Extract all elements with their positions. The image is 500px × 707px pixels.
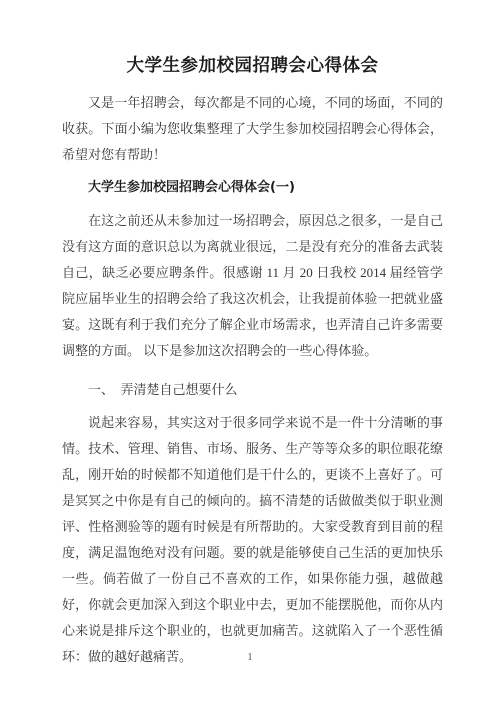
document-body: 大学生参加校园招聘会心得体会 又是一年招聘会，每次都是不同的心境，不同的场面，不… xyxy=(62,53,443,677)
intro-paragraph: 又是一年招聘会，每次都是不同的心境，不同的场面，不同的收获。下面小编为您收集整理… xyxy=(62,90,443,168)
page-number: 1 xyxy=(0,651,500,665)
numbered-subheading: 一、 弄清楚自己想要什么 xyxy=(62,377,443,403)
section-paragraph-1: 在这之前还从未参加过一场招聘会，原因总之很多，一是自己没有这方面的意识总以为离就… xyxy=(62,208,443,364)
section-paragraph-2: 说起来容易，其实这对于很多同学来说不是一件十分清晰的事情。技术、管理、销售、市场… xyxy=(62,410,443,670)
document-title: 大学生参加校园招聘会心得体会 xyxy=(62,53,443,79)
section-heading: 大学生参加校园招聘会心得体会(一) xyxy=(62,175,443,201)
document-page: 大学生参加校园招聘会心得体会 又是一年招聘会，每次都是不同的心境，不同的场面，不… xyxy=(0,0,500,707)
